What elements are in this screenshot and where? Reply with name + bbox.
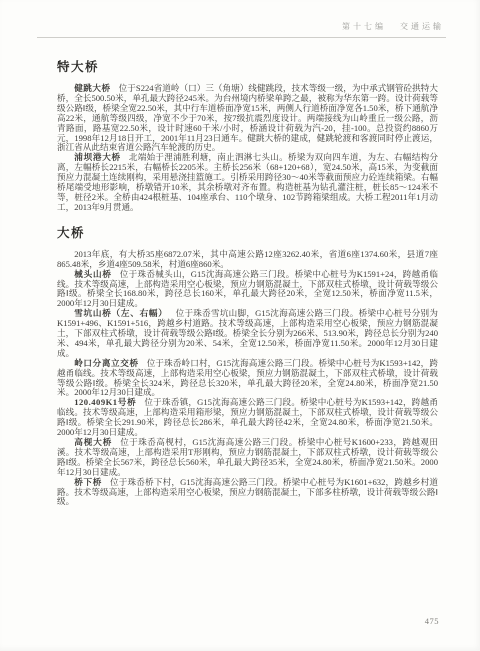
bridge-name: 桥下桥 <box>74 477 102 487</box>
bridge-name: 雪坑山桥（左、右幅） <box>74 308 167 318</box>
para-120409k1-bridge: 120.409K1号桥位于珠岙镇，G15沈海高速公路三门段。桥梁中心桩号为K15… <box>57 398 438 438</box>
para-jiantiao-bridge: 健跳大桥位于S224省道岭（口）三（角塘）线健跳段，技术等级一级，为中承式钢管砼… <box>57 84 438 153</box>
para-xuekengshan-bridge: 雪坑山桥（左、右幅）位于珠岙雪坑山脚，G15沈海高速公路三门段。桥梁中心桩号分别… <box>57 309 438 359</box>
para-xietoushan-bridge: 械头山桥位于珠岙械头山，G15沈海高速公路三门段。桥梁中心桩号为K1591+24… <box>57 270 438 310</box>
document-page: 第十七编交通运输 特大桥 健跳大桥位于S224省道岭（口）三（角塘）线健跳段，技… <box>0 0 480 651</box>
bridge-description: 位于S224省道岭（口）三（角塘）线健跳段，技术等级一级，为中承式钢管砼拱特大桥… <box>57 83 438 152</box>
section-heading-extra-large-bridges: 特大桥 <box>57 60 438 74</box>
bridge-name: 120.409K1号桥 <box>74 397 136 407</box>
para-large-bridges-summary: 2013年底，有大桥35座6872.07米，其中高速公路12座3262.40米，… <box>57 250 438 270</box>
para-gaojian-bridge: 高枧大桥位于珠岙高枧村，G15沈海高速公路三门段。桥梁中心桩号K1600+233… <box>57 438 438 478</box>
bridge-name: 高枧大桥 <box>74 437 112 447</box>
bridge-name: 械头山桥 <box>74 269 112 279</box>
para-pubagang-bridge: 浦坝港大桥北端始于浬浦胜利塘，南止泗淋七头山。桥梁为双向四车道，为左、右幅结构分… <box>57 153 438 212</box>
bridge-description: 位于珠岙桥下村，G15沈海高速公路三门段。桥梁中心桩号为K1601+632，跨越… <box>57 477 438 507</box>
bridge-description: 位于珠岙高枧村，G15沈海高速公路三门段。桥梁中心桩号K1600+233，跨越观… <box>57 437 438 477</box>
section-heading-large-bridges: 大桥 <box>57 226 438 240</box>
bridge-name: 健跳大桥 <box>74 83 110 93</box>
page-number: 475 <box>425 616 439 626</box>
bridge-description: 北端始于浬浦胜利塘，南止泗淋七头山。桥梁为双向四车道，为左、右幅结构分离，左幅桥… <box>57 152 438 212</box>
bridge-name: 岭口分离立交桥 <box>74 358 139 368</box>
running-header: 第十七编交通运输 <box>342 21 444 32</box>
header-rule <box>37 37 446 38</box>
running-header-section: 交通运输 <box>400 22 444 31</box>
bridge-description: 位于珠岙械头山，G15沈海高速公路三门段。桥梁中心桩号为K1591+24，跨越甬… <box>57 269 438 309</box>
running-header-chapter: 第十七编 <box>342 22 386 31</box>
page-content: 特大桥 健跳大桥位于S224省道岭（口）三（角塘）线健跳段，技术等级一级，为中承… <box>57 60 438 507</box>
para-qiaoxia-bridge: 桥下桥位于珠岙桥下村，G15沈海高速公路三门段。桥梁中心桩号为K1601+632… <box>57 478 438 508</box>
para-lingkou-interchange-bridge: 岭口分离立交桥位于珠岙岭口村，G15沈海高速公路三门段。桥梁中心桩号为K1593… <box>57 359 438 399</box>
bridge-name: 浦坝港大桥 <box>74 152 121 162</box>
